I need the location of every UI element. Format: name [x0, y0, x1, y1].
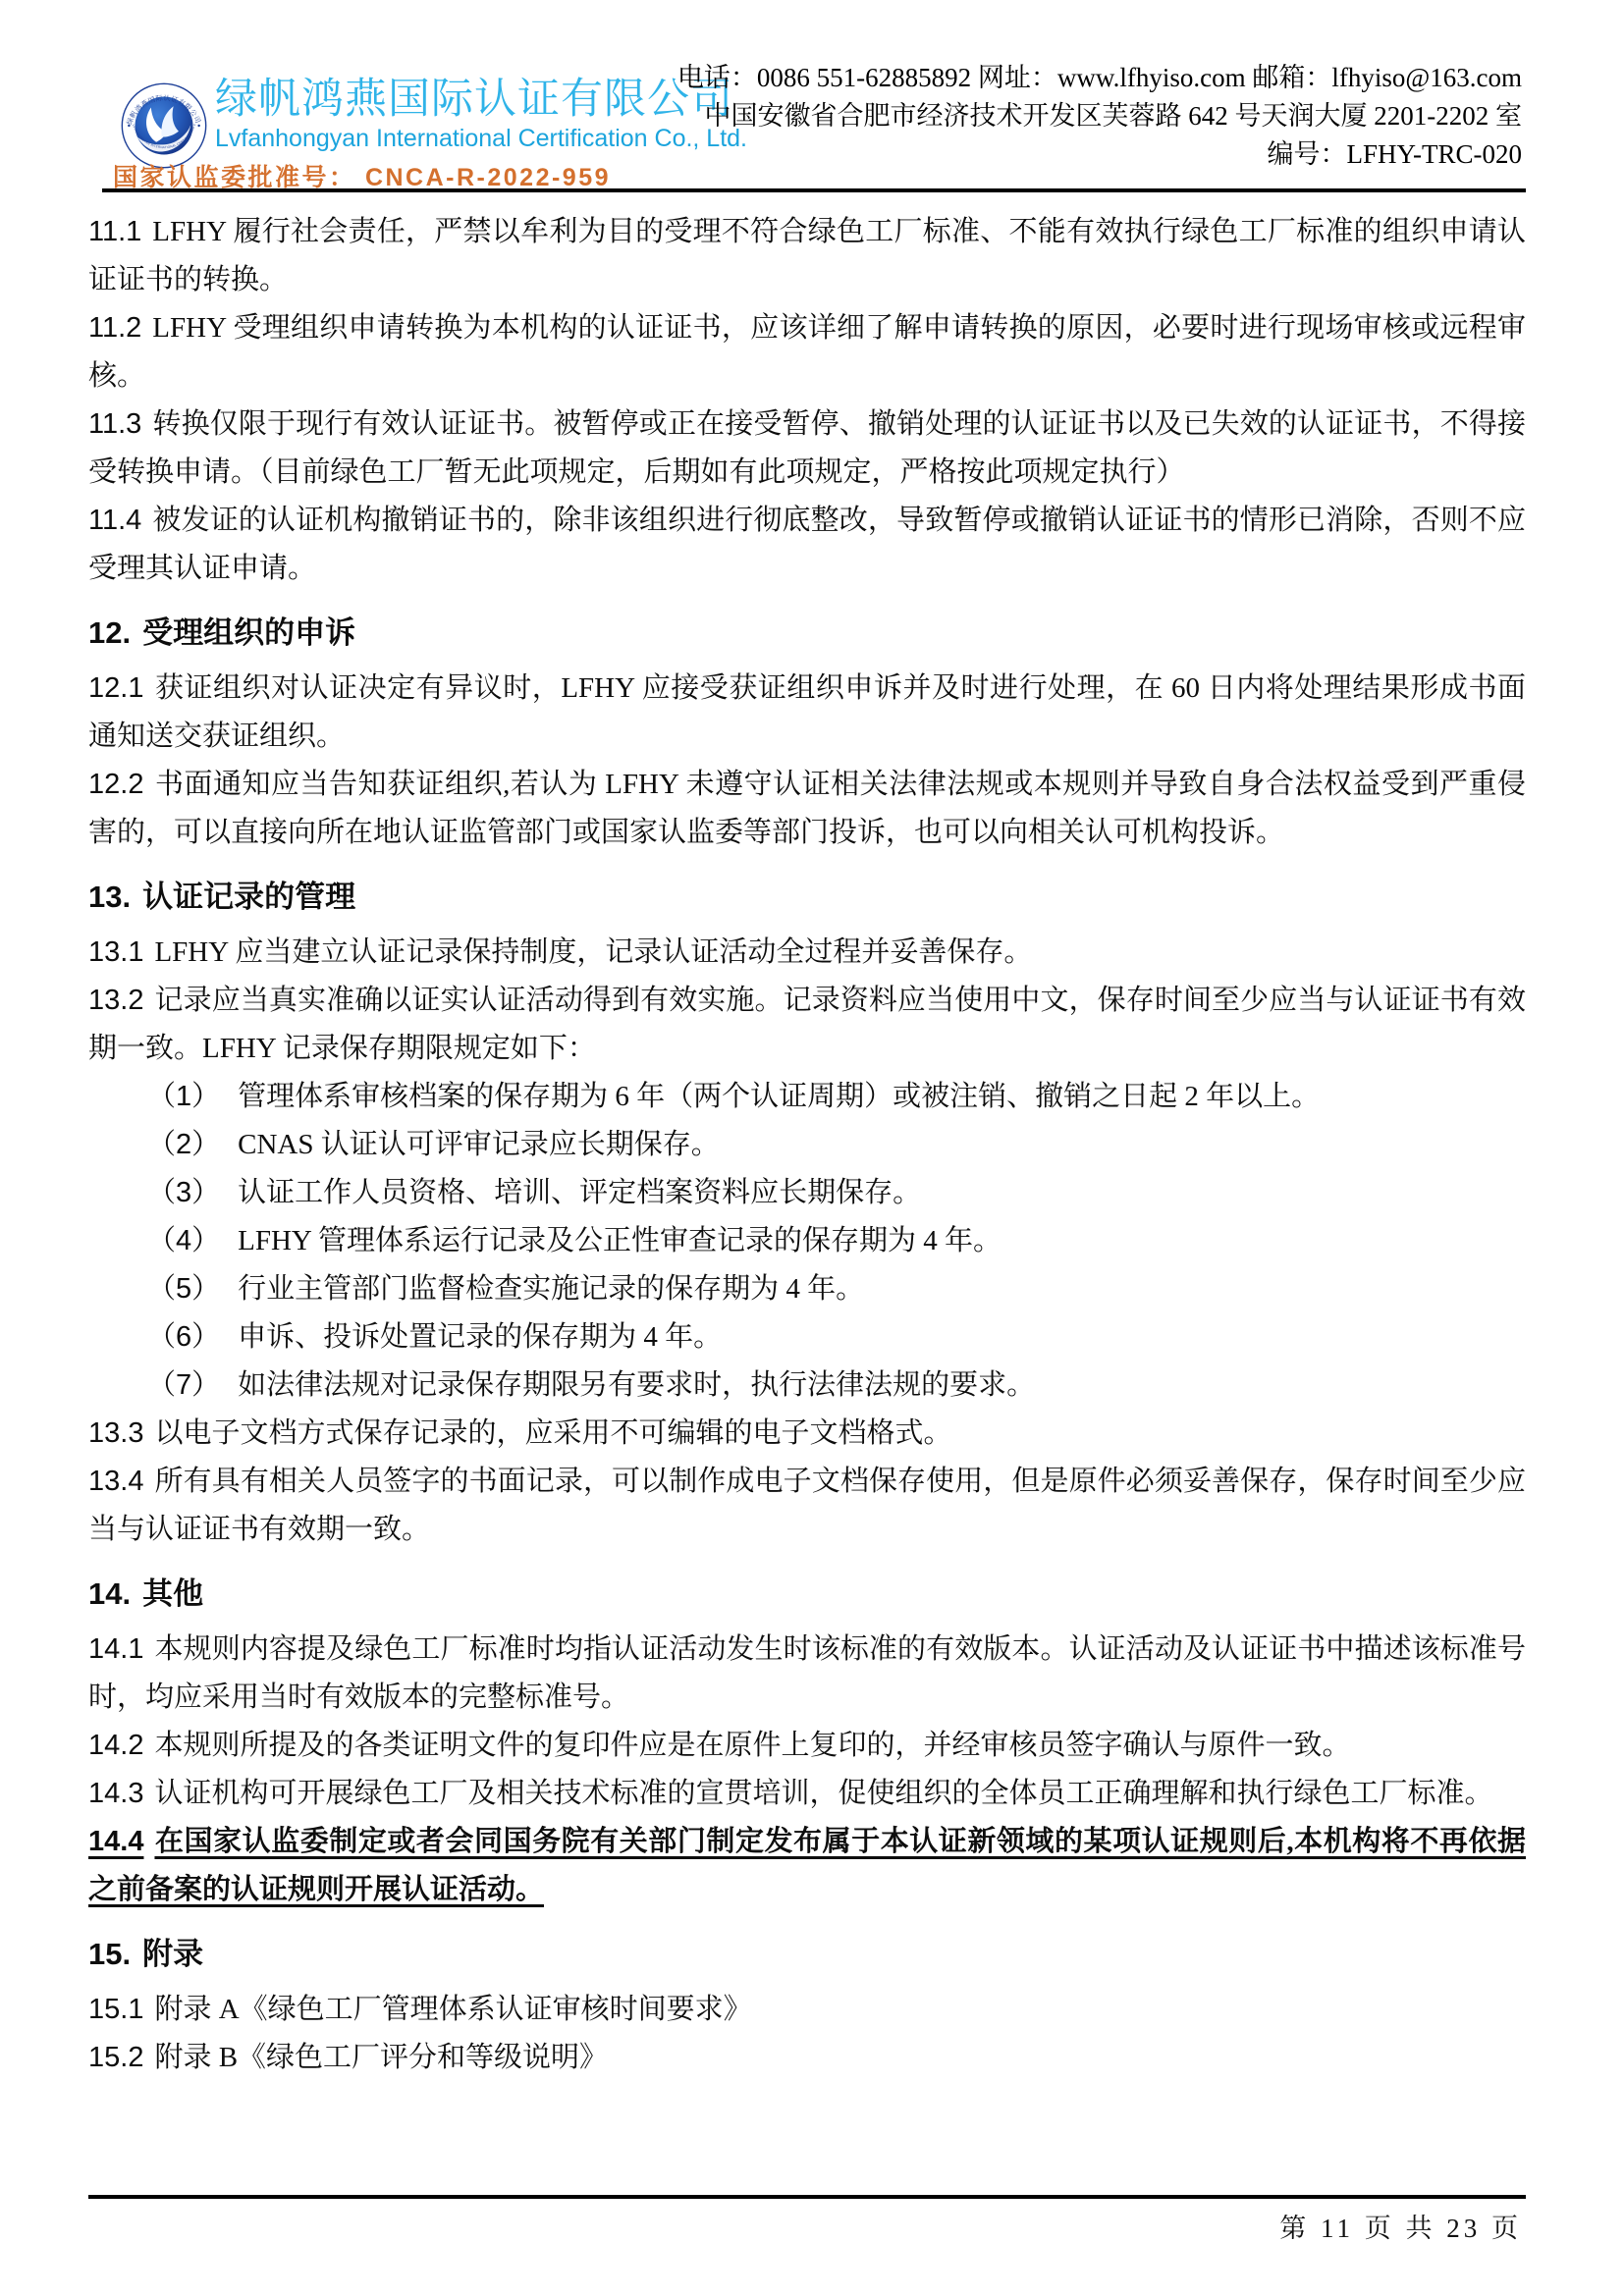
- clause-text: 认证机构可开展绿色工厂及相关技术标准的宣贯培训，促使组织的全体员工正确理解和执行…: [154, 1778, 1492, 1809]
- clause-text: LFHY 受理组织申请转换为本机构的认证证书，应该详细了解申请转换的原因，必要时…: [88, 312, 1526, 392]
- list-text: CNAS 认证认可评审记录应长期保存。: [238, 1129, 720, 1160]
- paragraph-14-1: 14.1本规则内容提及绿色工厂标准时均指认证活动发生时该标准的有效版本。认证活动…: [88, 1626, 1526, 1722]
- clause-number: 15.2: [88, 2042, 143, 2073]
- clause-number: 13.3: [88, 1417, 143, 1449]
- list-item-1: （1）管理体系审核档案的保存期为 6 年（两个认证周期）或被注销、撤销之日起 2…: [88, 1073, 1526, 1121]
- clause-number: 13.1: [88, 936, 143, 968]
- page-number: 第 11 页 共 23 页: [1279, 2207, 1522, 2245]
- clause-text: 本规则所提及的各类证明文件的复印件应是在原件上复印的，并经审核员签字确认与原件一…: [154, 1730, 1350, 1761]
- clause-text: LFHY 履行社会责任，严禁以牟利为目的受理不符合绿色工厂标准、不能有效执行绿色…: [88, 216, 1526, 295]
- list-item-3: （3）认证工作人员资格、培训、评定档案资料应长期保存。: [88, 1169, 1526, 1217]
- section-number: 14.: [88, 1576, 131, 1611]
- list-marker: （4）: [147, 1225, 220, 1256]
- list-text: 申诉、投诉处置记录的保存期为 4 年。: [238, 1321, 722, 1353]
- list-marker: （6）: [147, 1321, 220, 1353]
- brand-block: 绿帆鸿燕国际认证有限公司 Lvfanhongyan International …: [215, 77, 747, 152]
- paragraph-13-2: 13.2记录应当真实准确以证实认证活动得到有效实施。记录资料应当使用中文，保存时…: [88, 977, 1526, 1073]
- section-number: 13.: [88, 880, 131, 914]
- clause-number: 11.4: [88, 505, 141, 536]
- header-contact-block: 电话：0086 551-62885892 网址：www.lfhyiso.com …: [677, 59, 1522, 174]
- clause-text: 被发证的认证机构撤销证书的，除非该组织进行彻底整改，导致暂停或撤销认证证书的情形…: [88, 505, 1526, 584]
- company-name-cn: 绿帆鸿燕国际认证有限公司: [215, 77, 747, 122]
- footer-divider: [88, 2195, 1526, 2199]
- paragraph-13-4: 13.4所有具有相关人员签字的书面记录，可以制作成电子文档保存使用，但是原件必须…: [88, 1458, 1526, 1554]
- paragraph-15-2: 15.2附录 B《绿色工厂评分和等级说明》: [88, 2034, 1526, 2082]
- section-title: 认证记录的管理: [142, 880, 355, 914]
- section-heading-12: 12.受理组织的申诉: [88, 609, 1526, 657]
- section-number: 15.: [88, 1937, 131, 1971]
- clause-text: 附录 A《绿色工厂管理体系认证审核时间要求》: [154, 1994, 751, 2025]
- list-marker: （5）: [147, 1273, 220, 1305]
- paragraph-11-4: 11.4被发证的认证机构撤销证书的，除非该组织进行彻底整改，导致暂停或撤销认证证…: [88, 497, 1526, 593]
- clause-text: 以电子文档方式保存记录的，应采用不可编辑的电子文档格式。: [154, 1417, 951, 1449]
- paragraph-11-3: 11.3转换仅限于现行有效认证证书。被暂停或正在接受暂停、撤销处理的认证证书以及…: [88, 400, 1526, 497]
- document-body: 11.1LFHY 履行社会责任，严禁以牟利为目的受理不符合绿色工厂标准、不能有效…: [88, 208, 1526, 2082]
- clause-number: 12.2: [88, 769, 143, 800]
- list-text: 认证工作人员资格、培训、评定档案资料应长期保存。: [238, 1177, 921, 1208]
- section-title: 其他: [142, 1576, 203, 1611]
- clause-number: 13.2: [88, 985, 143, 1016]
- list-item-2: （2）CNAS 认证认可评审记录应长期保存。: [88, 1121, 1526, 1169]
- address-line: 中国安徽省合肥市经济技术开发区芙蓉路 642 号天润大厦 2201-2202 室: [677, 97, 1522, 135]
- list-item-6: （6）申诉、投诉处置记录的保存期为 4 年。: [88, 1313, 1526, 1362]
- list-item-4: （4）LFHY 管理体系运行记录及公正性审查记录的保存期为 4 年。: [88, 1217, 1526, 1265]
- list-text: 行业主管部门监督检查实施记录的保存期为 4 年。: [238, 1273, 864, 1305]
- clause-number: 13.4: [88, 1466, 143, 1497]
- clause-number: 11.1: [88, 216, 141, 247]
- clause-number: 14.2: [88, 1730, 143, 1761]
- clause-number: 15.1: [88, 1994, 143, 2025]
- clause-text: 书面通知应当告知获证组织,若认为 LFHY 未遵守认证相关法律法规或本规则并导致…: [88, 769, 1526, 848]
- paragraph-12-2: 12.2书面通知应当告知获证组织,若认为 LFHY 未遵守认证相关法律法规或本规…: [88, 761, 1526, 857]
- clause-text: LFHY 应当建立认证记录保持制度，记录认证活动全过程并妥善保存。: [154, 936, 1032, 968]
- paragraph-11-1: 11.1LFHY 履行社会责任，严禁以牟利为目的受理不符合绿色工厂标准、不能有效…: [88, 208, 1526, 304]
- clause-number: 14.4: [88, 1826, 143, 1857]
- list-marker: （2）: [147, 1129, 220, 1160]
- paragraph-11-2: 11.2LFHY 受理组织申请转换为本机构的认证证书，应该详细了解申请转换的原因…: [88, 304, 1526, 400]
- section-heading-14: 14.其他: [88, 1570, 1526, 1618]
- section-title: 受理组织的申诉: [142, 615, 355, 650]
- list-marker: （7）: [147, 1369, 220, 1401]
- section-title: 附录: [142, 1937, 203, 1971]
- list-text: 管理体系审核档案的保存期为 6 年（两个认证周期）或被注销、撤销之日起 2 年以…: [238, 1081, 1320, 1112]
- clause-number: 12.1: [88, 672, 143, 704]
- section-heading-15: 15.附录: [88, 1930, 1526, 1978]
- paragraph-14-4-emphasized: 14.4在国家认监委制定或者会同国务院有关部门制定发布属于本认证新领域的某项认证…: [88, 1818, 1526, 1914]
- contact-line: 电话：0086 551-62885892 网址：www.lfhyiso.com …: [677, 59, 1522, 97]
- clause-text: 附录 B《绿色工厂评分和等级说明》: [154, 2042, 608, 2073]
- paragraph-13-3: 13.3以电子文档方式保存记录的，应采用不可编辑的电子文档格式。: [88, 1410, 1526, 1458]
- list-text: 如法律法规对记录保存期限另有要求时，执行法律法规的要求。: [238, 1369, 1035, 1401]
- paragraph-14-3: 14.3认证机构可开展绿色工厂及相关技术标准的宣贯培训，促使组织的全体员工正确理…: [88, 1770, 1526, 1818]
- clause-text: 记录应当真实准确以证实认证活动得到有效实施。记录资料应当使用中文，保存时间至少应…: [88, 985, 1526, 1064]
- clause-text: 本规则内容提及绿色工厂标准时均指认证活动发生时该标准的有效版本。认证活动及认证证…: [88, 1633, 1526, 1713]
- clause-number: 14.3: [88, 1778, 143, 1809]
- list-marker: （3）: [147, 1177, 220, 1208]
- clause-text: 转换仅限于现行有效认证证书。被暂停或正在接受暂停、撤销处理的认证证书以及已失效的…: [88, 408, 1526, 488]
- section-heading-13: 13.认证记录的管理: [88, 873, 1526, 921]
- company-logo-icon: 绿帆鸿燕国际认证有限公司 LVFANHONGYAN INTERNATIONAL …: [121, 82, 207, 169]
- paragraph-15-1: 15.1附录 A《绿色工厂管理体系认证审核时间要求》: [88, 1986, 1526, 2034]
- clause-number: 11.2: [88, 312, 141, 344]
- clause-text: 所有具有相关人员签字的书面记录，可以制作成电子文档保存使用，但是原件必须妥善保存…: [88, 1466, 1526, 1545]
- list-item-7: （7）如法律法规对记录保存期限另有要求时，执行法律法规的要求。: [88, 1362, 1526, 1410]
- doc-number: 编号：LFHY-TRC-020: [677, 135, 1522, 174]
- header-divider: [102, 188, 1526, 192]
- clause-text: 在国家认监委制定或者会同国务院有关部门制定发布属于本认证新领域的某项认证规则后,…: [88, 1826, 1526, 1905]
- clause-number: 14.1: [88, 1633, 143, 1665]
- document-page: 绿帆鸿燕国际认证有限公司 LVFANHONGYAN INTERNATIONAL …: [0, 0, 1624, 2296]
- list-marker: （1）: [147, 1081, 220, 1112]
- list-text: LFHY 管理体系运行记录及公正性审查记录的保存期为 4 年。: [238, 1225, 1001, 1256]
- paragraph-13-1: 13.1LFHY 应当建立认证记录保持制度，记录认证活动全过程并妥善保存。: [88, 929, 1526, 977]
- list-item-5: （5）行业主管部门监督检查实施记录的保存期为 4 年。: [88, 1265, 1526, 1313]
- paragraph-12-1: 12.1获证组织对认证决定有异议时，LFHY 应接受获证组织申诉并及时进行处理，…: [88, 665, 1526, 761]
- clause-text: 获证组织对认证决定有异议时，LFHY 应接受获证组织申诉并及时进行处理，在 60…: [88, 672, 1526, 752]
- paragraph-14-2: 14.2本规则所提及的各类证明文件的复印件应是在原件上复印的，并经审核员签字确认…: [88, 1722, 1526, 1770]
- company-name-en: Lvfanhongyan International Certification…: [215, 125, 747, 152]
- clause-number: 11.3: [88, 408, 141, 440]
- section-number: 12.: [88, 615, 131, 650]
